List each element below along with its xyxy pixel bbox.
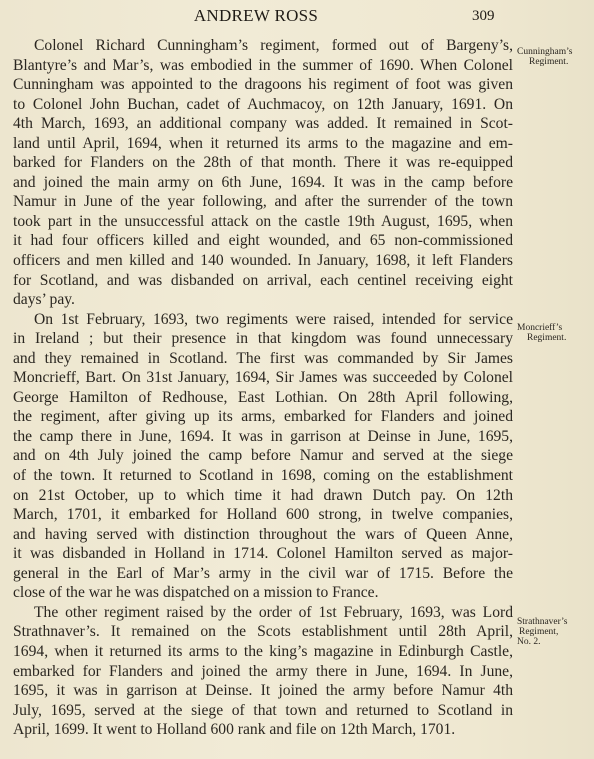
- text-line: for Scotland, and was disbanded on arriv…: [13, 271, 513, 291]
- margin-note-moncrieff: Moncrieff’s Regiment.: [517, 323, 566, 343]
- text-line: Moncrieff, Bart. On 31st January, 1694, …: [13, 368, 513, 388]
- margin-note-cunningham: Cunningham’s Regiment.: [517, 47, 572, 67]
- text-line: and joined the main army on 6th June, 16…: [13, 173, 513, 193]
- text-line: George Hamilton of Redhouse, East Lothia…: [13, 388, 513, 408]
- margin-note-line: Strathnaver’s: [517, 617, 567, 627]
- text-line: Namur in June of the year following, and…: [13, 192, 513, 212]
- text-line: 1694, when it returned its arms to the k…: [13, 642, 513, 662]
- body-text: Colonel Richard Cunningham’s regiment, f…: [13, 36, 513, 740]
- running-title: ANDREW ROSS: [0, 6, 512, 26]
- text-line: in Ireland ; but their presence in that …: [13, 329, 513, 349]
- margin-note-line: Cunningham’s: [517, 47, 572, 57]
- text-line: to Colonel John Buchan, cadet of Auchmac…: [13, 95, 513, 115]
- text-line: embarked for Flanders and joined the arm…: [13, 662, 513, 682]
- text-line: 1695, it was in garrison at Deinse. It j…: [13, 681, 513, 701]
- text-line: of the town. It returned to Scotland in …: [13, 466, 513, 486]
- margin-note-line: Regiment.: [517, 333, 566, 343]
- text-line: April, 1699. It went to Holland 600 rank…: [13, 720, 513, 740]
- text-line: Colonel Richard Cunningham’s regiment, f…: [13, 36, 513, 56]
- margin-note-line: No. 2.: [517, 637, 567, 647]
- text-line: Strathnaver’s. It remained on the Scots …: [13, 622, 513, 642]
- text-line: it had four officers killed and eight wo…: [13, 231, 513, 251]
- text-line: and they remained in Scotland. The first…: [13, 349, 513, 369]
- paragraph-moncrieff: On 1st February, 1693, two regiments wer…: [13, 310, 513, 603]
- text-line: the camp there in June, 1694. It was in …: [13, 427, 513, 447]
- text-line: and having served with distinction throu…: [13, 525, 513, 545]
- text-line: on 21st October, up to which time it had…: [13, 486, 513, 506]
- text-line: land until April, 1694, when it returned…: [13, 134, 513, 154]
- text-line: Blantyre’s and Mar’s, was embodied in th…: [13, 56, 513, 76]
- text-line: it was disbanded in Holland in 1714. Col…: [13, 544, 513, 564]
- text-line: took part in the unsuccessful attack on …: [13, 212, 513, 232]
- page-number: 309: [472, 8, 495, 25]
- text-line: days’ pay.: [13, 290, 513, 310]
- text-line: July, 1695, served at the siege of that …: [13, 701, 513, 721]
- text-line: Cunningham was appointed to the dragoons…: [13, 75, 513, 95]
- text-line: close of the war he was dispatched on a …: [13, 583, 513, 603]
- book-page: ANDREW ROSS 309 Colonel Richard Cunningh…: [0, 0, 594, 759]
- text-line: On 1st February, 1693, two regiments wer…: [13, 310, 513, 330]
- text-line: barked for Flanders on the 28th of that …: [13, 153, 513, 173]
- text-line: and on 4th July joined the camp before N…: [13, 446, 513, 466]
- text-line: The other regiment raised by the order o…: [13, 603, 513, 623]
- paragraph-cunningham: Colonel Richard Cunningham’s regiment, f…: [13, 36, 513, 310]
- text-line: 4th March, 1693, an additional company w…: [13, 114, 513, 134]
- text-line: general in the Earl of Mar’s army in the…: [13, 564, 513, 584]
- text-line: the regiment, after giving up its arms, …: [13, 407, 513, 427]
- margin-note-line: Regiment.: [517, 57, 572, 67]
- margin-note-line: Regiment,: [517, 627, 567, 637]
- text-line: March, 1701, it embarked for Holland 600…: [13, 505, 513, 525]
- paragraph-strathnaver: The other regiment raised by the order o…: [13, 603, 513, 740]
- page-header: ANDREW ROSS 309: [0, 6, 520, 30]
- margin-note-line: Moncrieff’s: [517, 323, 566, 333]
- margin-note-strathnaver: Strathnaver’s Regiment, No. 2.: [517, 617, 567, 647]
- text-line: officers and men killed and 140 wounded.…: [13, 251, 513, 271]
